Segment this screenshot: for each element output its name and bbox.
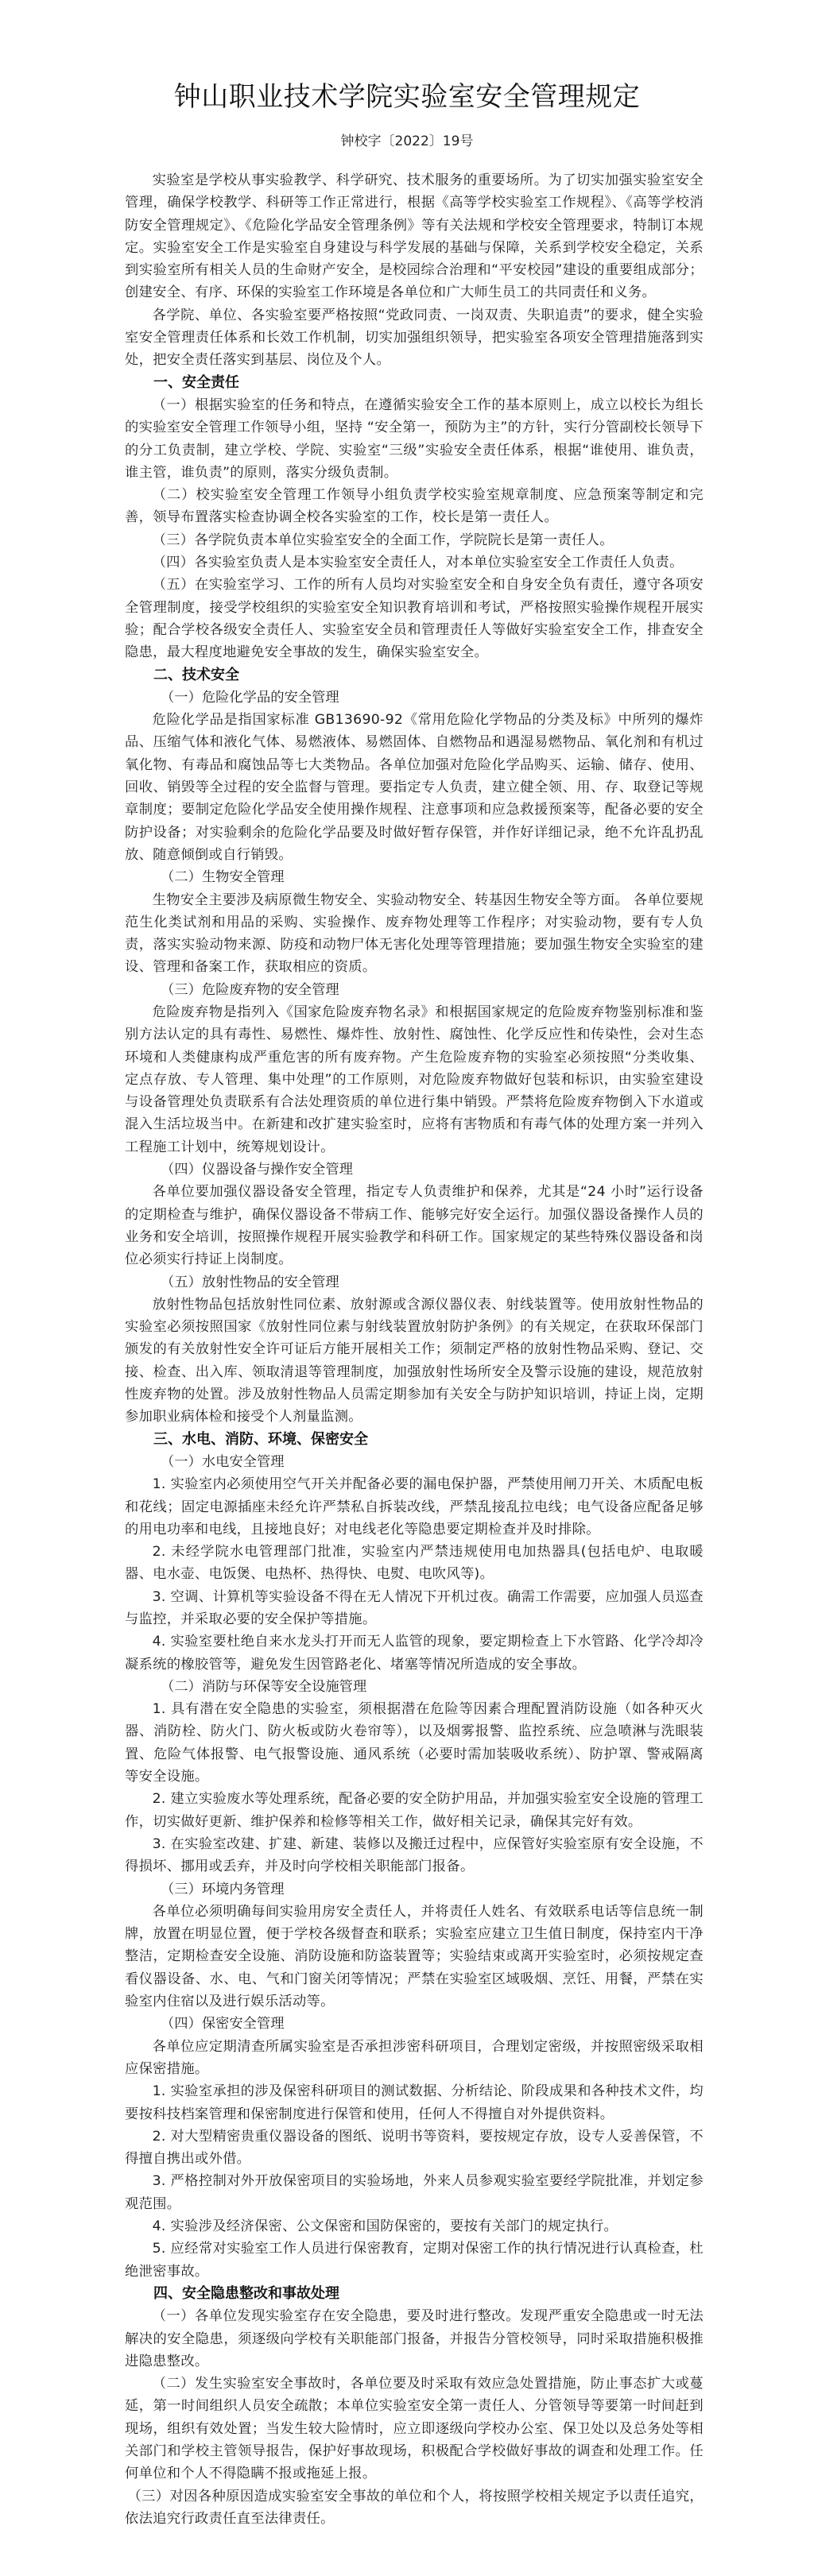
preamble-paragraph: 实验室是学校从事实验教学、科学研究、技术服务的重要场所。为了切实加强实验室安全管…: [125, 169, 704, 304]
paragraph: 4. 实验涉及经济保密、公文保密和国防保密的，要按有关部门的规定执行。: [125, 2215, 704, 2238]
paragraph: （四）各实验室负责人是本实验室安全责任人，对本单位实验室安全工作责任人负责。: [125, 551, 704, 574]
paragraph: 生物安全主要涉及病原微生物安全、实验动物安全、转基因生物安全等方面。 各单位要规…: [125, 889, 704, 979]
subsection-heading: （二）消防与环保等安全设施管理: [125, 1676, 704, 1698]
paragraph: 危险化学品是指国家标准 GB13690-92《常用危险化学物品的分类及标》中所列…: [125, 709, 704, 866]
preamble-paragraph: 各学院、单位、各实验室要严格按照“党政同责、一岗双责、失职追责”的要求，健全实验…: [125, 304, 704, 372]
paragraph: （三）各学院负责本单位实验室安全的全面工作，学院院长是第一责任人。: [125, 529, 704, 551]
section-heading: 三、水电、消防、环境、保密安全: [125, 1429, 704, 1451]
paragraph: 3. 严格控制对外开放保密项目的实验场地，外来人员参观实验室要经学院批准，并划定…: [125, 2170, 704, 2215]
section-heading: 四、安全隐患整改和事故处理: [125, 2283, 704, 2305]
paragraph: 各单位必须明确每间实验用房安全责任人，并将责任人姓名、有效联系电话等信息统一制牌…: [125, 1901, 704, 2013]
paragraph: 各单位应定期清查所属实验室是否承担涉密科研项目，合理划定密级，并按照密级采取相应…: [125, 2036, 704, 2081]
subsection-heading: （二）生物安全管理: [125, 866, 704, 888]
document-body: 实验室是学校从事实验教学、科学研究、技术服务的重要场所。为了切实加强实验室安全管…: [125, 169, 704, 2530]
paragraph: （二）校实验室安全管理工作领导小组负责学校实验室规章制度、应急预案等制定和完善，…: [125, 484, 704, 529]
subsection-heading: （三）环境内务管理: [125, 1878, 704, 1901]
paragraph: 1. 具有潜在安全隐患的实验室，须根据潜在危险等因素合理配置消防设施（如各种灭火…: [125, 1698, 704, 1788]
paragraph: 1. 实验室承担的涉及保密科研项目的测试数据、分析结论、阶段成果和各种技术文件，…: [125, 2080, 704, 2125]
subsection-heading: （三）危险废弃物的安全管理: [125, 979, 704, 1001]
paragraph: 各单位要加强仪器设备安全管理，指定专人负责维护和保养，尤其是“24 小时”运行设…: [125, 1181, 704, 1271]
paragraph: （一）各单位发现实验室存在安全隐患，要及时进行整改。发现严重安全隐患或一时无法解…: [125, 2305, 704, 2373]
subsection-heading: （四）保密安全管理: [125, 2013, 704, 2035]
paragraph: 1. 实验室内必须使用空气开关并配备必要的漏电保护器，严禁使用闸刀开关、木质配电…: [125, 1473, 704, 1541]
section-heading: 一、安全责任: [125, 372, 704, 394]
subsection-heading: （一）水电安全管理: [125, 1451, 704, 1473]
document-title: 钟山职业技术学院实验室安全管理规定: [0, 79, 814, 114]
paragraph: （三）对因各种原因造成实验室安全事故的单位和个人，将按照学校相关规定予以责任追究…: [125, 2485, 704, 2531]
paragraph: 2. 建立实验废水等处理系统，配备必要的安全防护用品，并加强实验室安全设施的管理…: [125, 1788, 704, 1833]
paragraph: 2. 对大型精密贵重仪器设备的图纸、说明书等资料，要按规定存放，设专人妥善保管，…: [125, 2125, 704, 2171]
section-heading: 二、技术安全: [125, 664, 704, 687]
paragraph: 4. 实验室要杜绝自来水龙头打开而无人监管的现象，要定期检查上下水管路、化学冷却…: [125, 1630, 704, 1676]
paragraph: 放射性物品包括放射性同位素、放射源或含源仪器仪表、射线装置等。使用放射性物品的实…: [125, 1294, 704, 1429]
subsection-heading: （四）仪器设备与操作安全管理: [125, 1158, 704, 1181]
paragraph: 3. 在实验室改建、扩建、新建、装修以及搬迁过程中，应保管好实验室原有安全设施，…: [125, 1833, 704, 1878]
paragraph: 危险废弃物是指列入《国家危险废弃物名录》和根据国家规定的危险废弃物鉴别标准和鉴别…: [125, 1001, 704, 1158]
paragraph: 5. 应经常对实验室工作人员进行保密教育，定期对保密工作的执行情况进行认真检查，…: [125, 2238, 704, 2283]
paragraph: （五）在实验室学习、工作的所有人员均对实验室安全和自身安全负有责任，遵守各项安全…: [125, 574, 704, 663]
subsection-heading: （一）危险化学品的安全管理: [125, 687, 704, 709]
document-number: 钟校字〔2022〕19号: [0, 132, 814, 151]
paragraph: （二）发生实验室安全事故时，各单位要及时采取有效应急处置措施，防止事态扩大或蔓延…: [125, 2373, 704, 2485]
paragraph: （一）根据实验室的任务和特点，在遵循实验安全工作的基本原则上，成立以校长为组长的…: [125, 394, 704, 484]
paragraph: 3. 空调、计算机等实验设备不得在无人情况下开机过夜。确需工作需要，应加强人员巡…: [125, 1586, 704, 1631]
paragraph: 2. 未经学院水电管理部门批准，实验室内严禁违规使用电加热器具(包括电炉、电取暖…: [125, 1541, 704, 1586]
subsection-heading: （五）放射性物品的安全管理: [125, 1271, 704, 1294]
